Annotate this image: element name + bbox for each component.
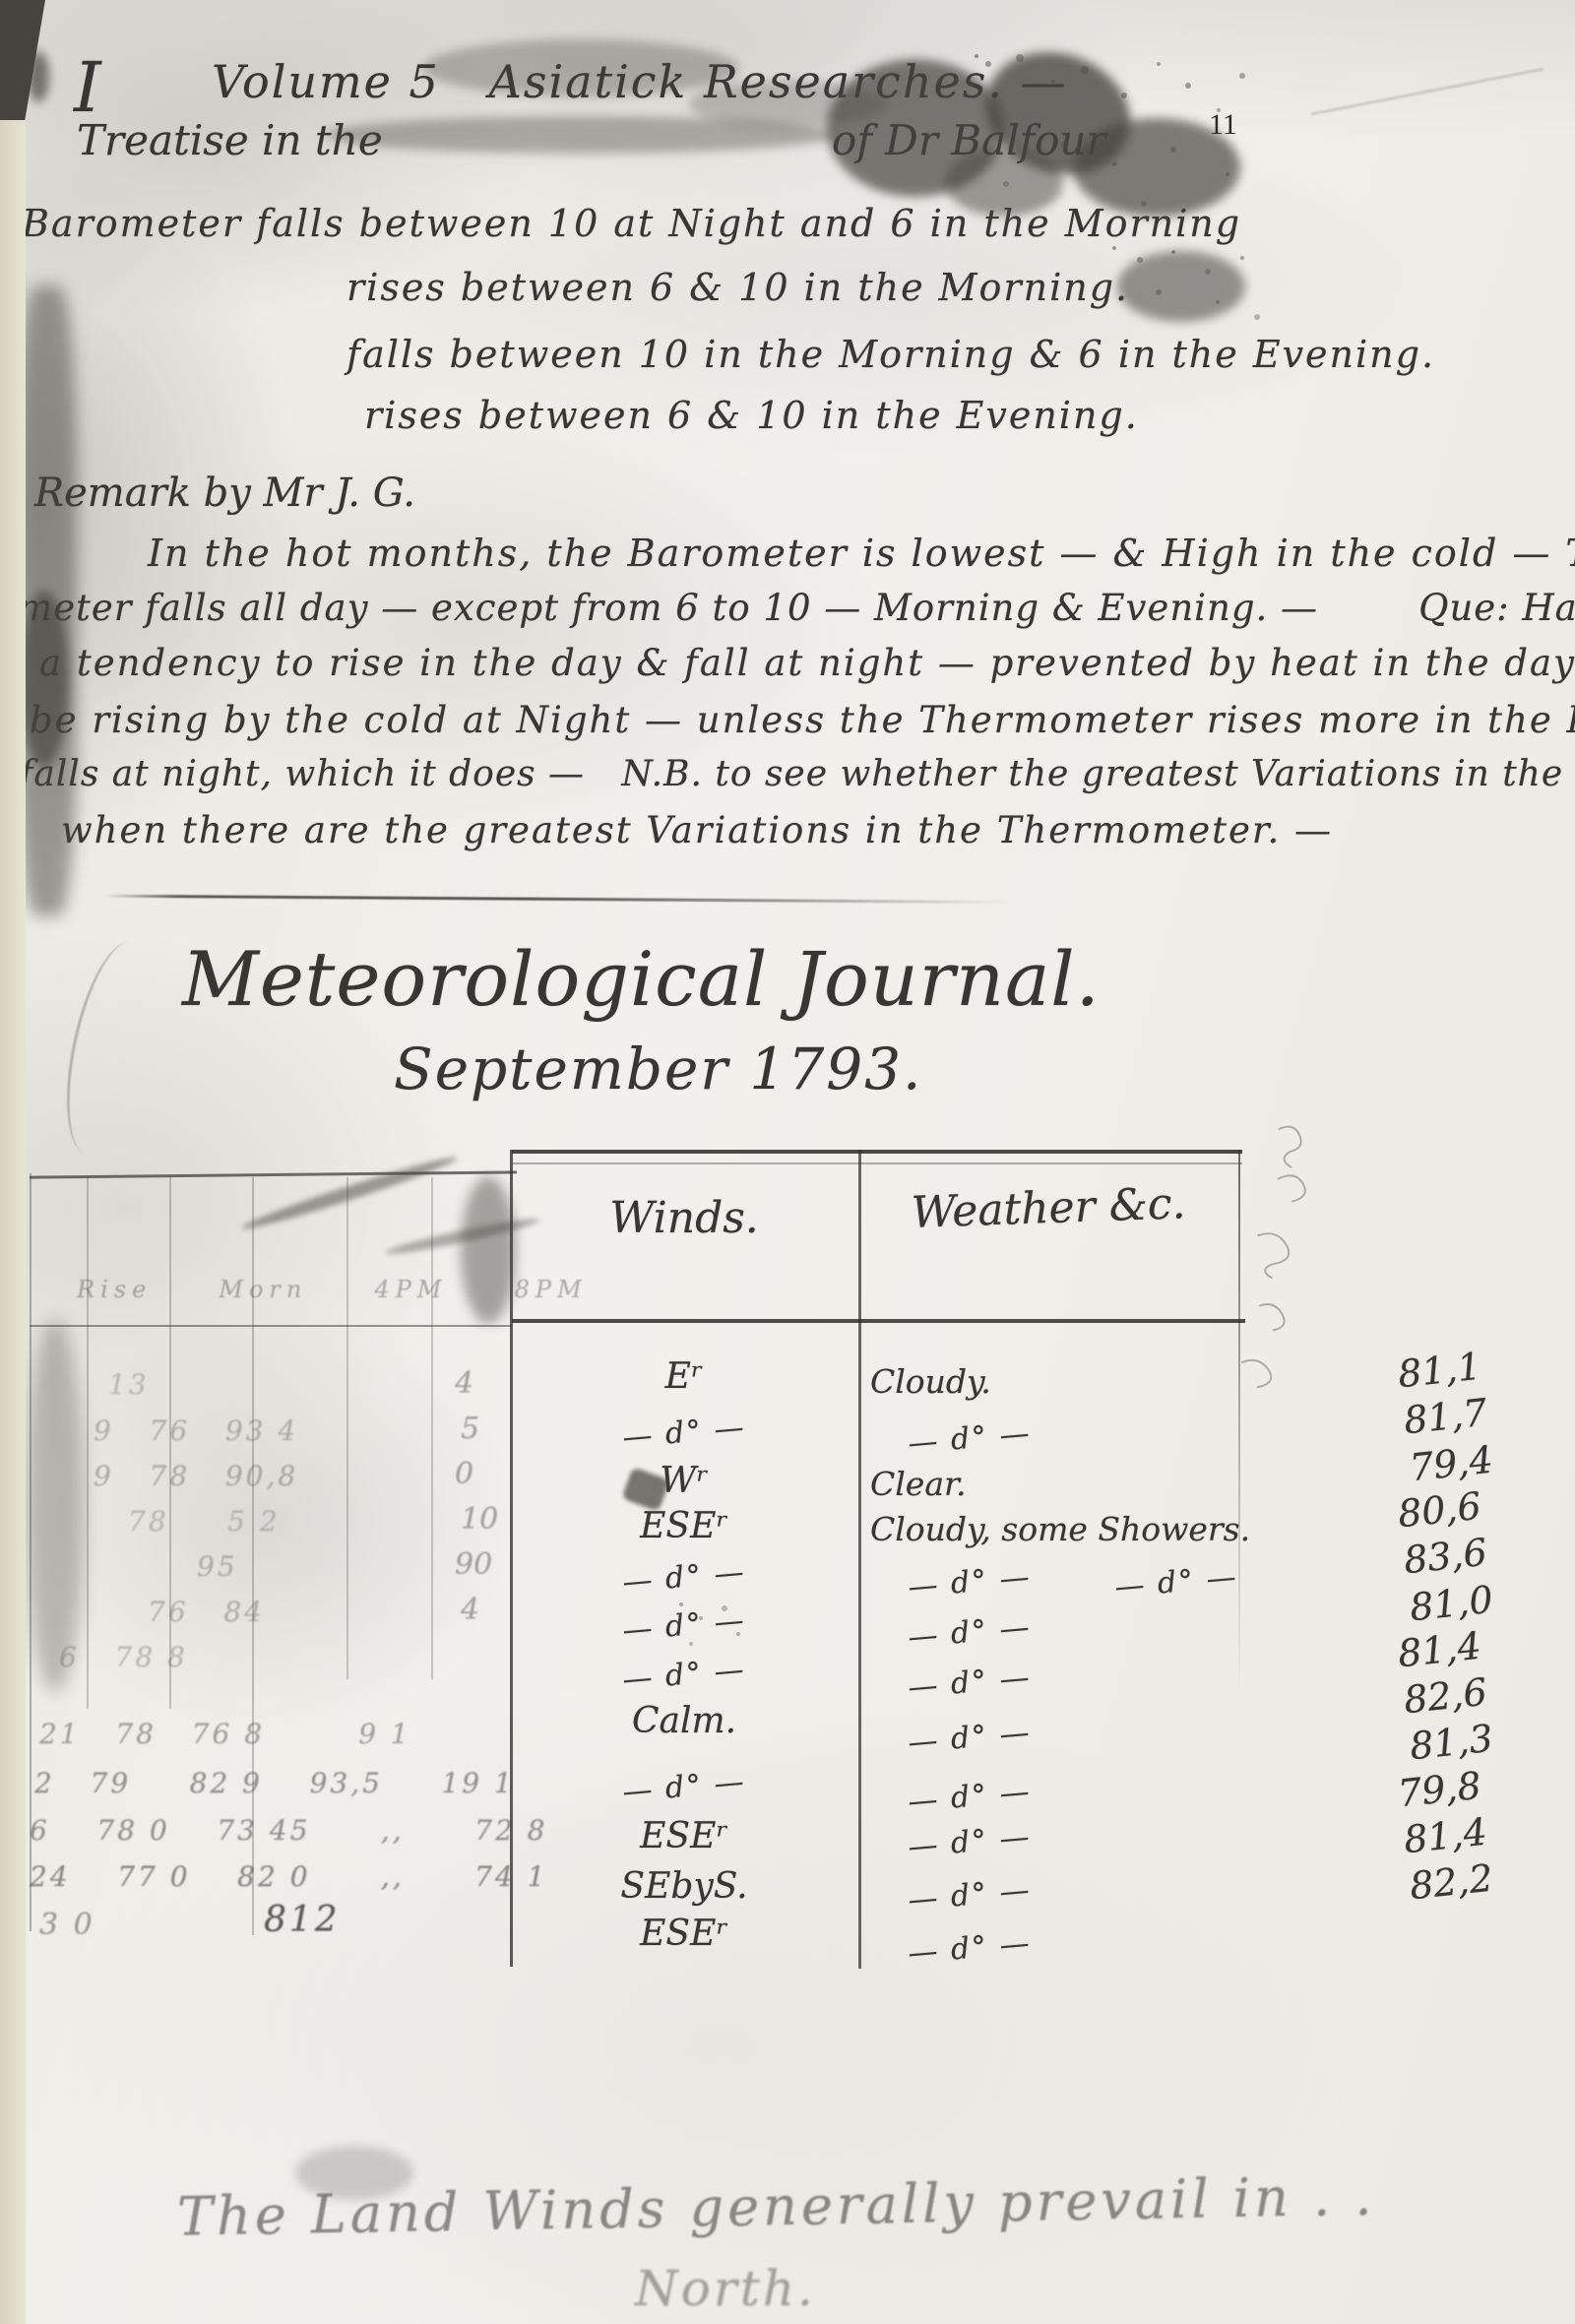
faded-writing-streak	[239, 1152, 459, 1234]
weather-ditto-cell: — d° —	[880, 1658, 1059, 1708]
reading-value: 82,2	[1408, 1856, 1495, 1909]
reading-value: 79,4	[1408, 1438, 1495, 1490]
faded-number: 9 76 93 4	[94, 1414, 298, 1447]
faded-token: 0	[455, 1457, 473, 1491]
treatise-line-right: of Dr Balfour	[832, 116, 1106, 164]
reading-value: 82,6	[1402, 1670, 1489, 1723]
footer-note-line-1: The Land Winds generally prevail in . .	[177, 2165, 1376, 2247]
faded-number: 812	[264, 1900, 341, 1940]
reading-value: 81,7	[1402, 1391, 1489, 1443]
paper-crease	[51, 935, 166, 1162]
weather-ditto-cell: — d° —	[880, 1817, 1059, 1867]
treatise-line-left: Treatise in the	[77, 116, 383, 164]
scan-corner-shadow	[0, 0, 45, 120]
faded-number: 2 79 82 9 93,5 19 1	[34, 1767, 515, 1799]
faded-token: 4	[455, 1366, 473, 1401]
wind-cell: SEbyS.	[510, 1866, 858, 1907]
marginalia-scribble	[1218, 1117, 1347, 1421]
weather-ditto-cell: — d° —	[880, 1870, 1059, 1920]
wind-cell: — d° —	[509, 1755, 859, 1820]
reading-value: 81,4	[1402, 1810, 1489, 1862]
weather-ditto-cell: — d° —	[880, 1713, 1059, 1763]
weather-cell: Cloudy.	[870, 1362, 991, 1401]
weather-ditto-cell: — d° —	[880, 1557, 1059, 1607]
reading-value: 81,1	[1396, 1345, 1483, 1397]
faded-number: 24 77 0 82 0 ,, 74 1	[30, 1860, 547, 1893]
remark-line-3: a tendency to rise in the day & fall at …	[39, 642, 1575, 684]
wind-cell: ESEʳ	[510, 1816, 858, 1856]
ink-strikeout-smudge	[325, 116, 837, 154]
wind-cell: ESEʳ	[510, 1506, 858, 1546]
table-border-top	[512, 1150, 1242, 1154]
manuscript-page: I Volume 5 Asiatick Researches. — Treati…	[0, 0, 1575, 2324]
table-header-underline-left	[30, 1325, 512, 1327]
barometer-note-4: rises between 6 & 10 in the Evening.	[364, 394, 1139, 437]
ink-blot	[1117, 251, 1245, 322]
journal-title: Meteorological Journal.	[182, 935, 1101, 1023]
barometer-note-3: falls between 10 in the Morning & 6 in t…	[346, 333, 1435, 376]
reading-value: 81,4	[1396, 1624, 1483, 1676]
wind-cell: — d° —	[509, 1401, 859, 1466]
reading-value: 79,8	[1396, 1764, 1483, 1816]
weather-column-header: Weather &c.	[857, 1176, 1239, 1239]
faded-number: 95	[197, 1550, 238, 1583]
section-divider-rule	[103, 895, 1048, 905]
faded-number: 6 78 8	[59, 1641, 188, 1673]
column-divider-faint	[87, 1177, 89, 1709]
footer-note-line-2: North.	[635, 2260, 816, 2317]
page-number: 11	[1209, 108, 1237, 142]
weather-ditto-cell: — d° —	[880, 1923, 1059, 1974]
reading-value: 81,0	[1408, 1578, 1495, 1630]
winds-weather-divider	[858, 1150, 861, 1969]
volume-line: Volume 5 Asiatick Researches. —	[212, 55, 1068, 108]
remark-line-4: be rising by the cold at Night — unless …	[30, 699, 1575, 741]
wind-cell: Eʳ	[510, 1356, 858, 1397]
weather-cell: Cloudy, some Showers.	[870, 1510, 1250, 1548]
faded-token: 90	[455, 1547, 492, 1582]
reading-value: 83,6	[1402, 1531, 1489, 1583]
journal-subtitle: September 1793.	[394, 1036, 922, 1102]
faded-number: 76 84	[148, 1596, 265, 1628]
column-divider-faint	[431, 1177, 433, 1679]
weather-ditto-cell: — d° —	[880, 1772, 1059, 1822]
table-header-underline	[512, 1319, 1245, 1323]
weather-ditto-cell: — d° —	[880, 1413, 1059, 1464]
ink-speckles	[679, 1602, 683, 1606]
barometer-note-2: rises between 6 & 10 in the Morning.	[346, 266, 1129, 309]
faded-number: 9 78 90,8	[94, 1460, 298, 1492]
weather-cell: Clear.	[870, 1465, 967, 1503]
weather-ditto-cell: — d° —	[1087, 1557, 1266, 1607]
remark-line-5: falls at night, which it does — N.B. to …	[20, 754, 1575, 794]
remark-heading: Remark by Mr J. G.	[34, 471, 415, 516]
faded-token: 5	[461, 1412, 479, 1446]
edge-smudge-band	[26, 1319, 85, 1693]
remark-line-1: In the hot months, the Barometer is lowe…	[148, 532, 1575, 575]
faded-number: 6 78 0 73 45 ,, 72 8	[30, 1814, 547, 1847]
page-left-edge	[0, 0, 26, 2324]
winds-column-header: Winds.	[510, 1193, 858, 1243]
weather-column-right-border	[1238, 1150, 1240, 1701]
ink-speckles	[1112, 246, 1116, 250]
faded-token: 10	[461, 1502, 498, 1537]
table-border-top-double	[512, 1162, 1242, 1164]
table-border-top-left	[30, 1170, 517, 1178]
reading-value: 80,6	[1396, 1484, 1483, 1537]
weather-ditto-cell: — d° —	[880, 1607, 1059, 1658]
wind-cell: Wʳ	[510, 1461, 858, 1501]
reading-value: 81,3	[1408, 1717, 1495, 1769]
faded-number: 78 5 2	[128, 1505, 281, 1538]
faded-number: 13	[108, 1368, 150, 1401]
column-divider-faint	[346, 1177, 348, 1679]
remark-line-6: when there are the greatest Variations i…	[61, 809, 1333, 851]
paper-crease	[1311, 68, 1543, 115]
faded-subheader: Rise Morn 4PM 8PM	[77, 1276, 588, 1303]
faded-number: 21 78 76 8 9 1	[39, 1718, 411, 1750]
wind-cell: ESEʳ	[510, 1914, 858, 1954]
faded-token: 4	[461, 1593, 479, 1627]
wind-cell: Calm.	[510, 1701, 858, 1741]
remark-line-2: meter falls all day — except from 6 to 1…	[18, 587, 1575, 629]
barometer-note-1: Barometer falls between 10 at Night and …	[22, 202, 1241, 245]
faded-number: 3 0	[39, 1908, 95, 1942]
